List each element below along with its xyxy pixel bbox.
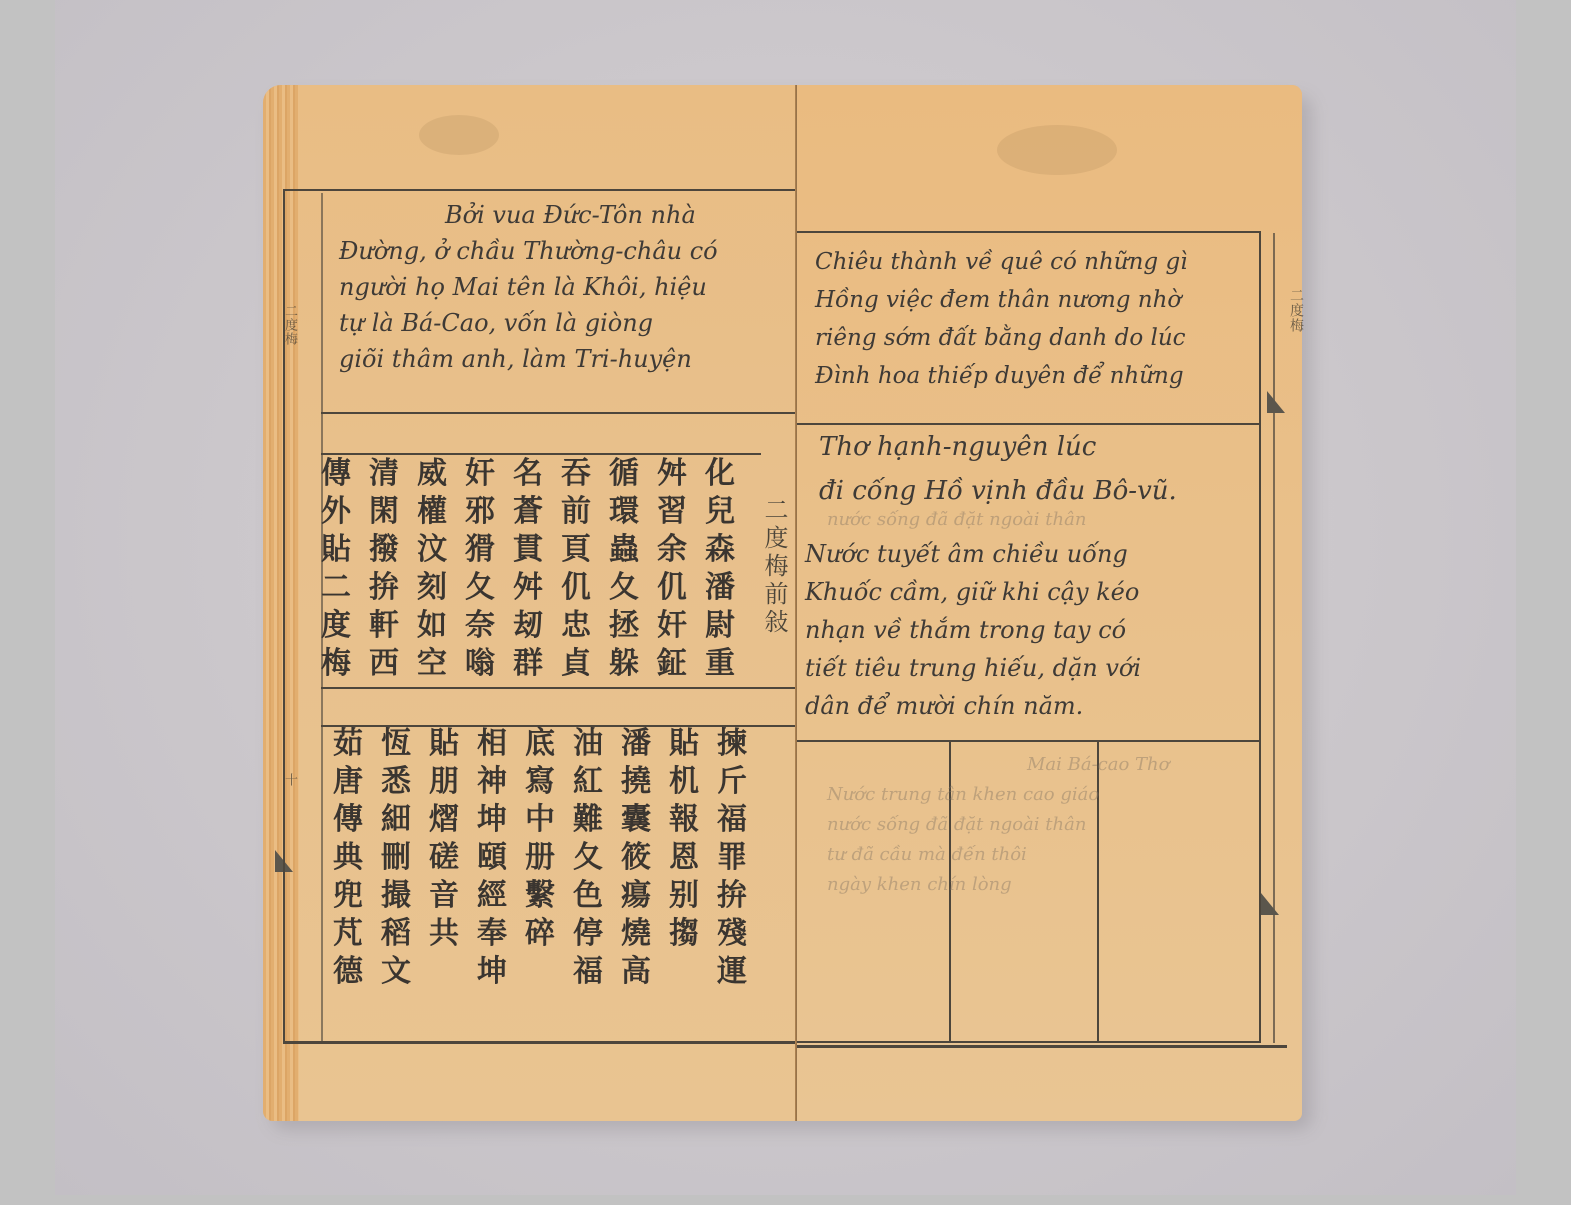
cjk-glyph: 恆 [381, 725, 411, 763]
cjk-glyph: 汶 [417, 531, 447, 569]
hand-line: Hồng việc đem thân nương nhờ [815, 281, 1188, 319]
cjk-glyph: 斤 [717, 763, 747, 801]
cjk-glyph: 神 [477, 763, 507, 801]
cjk-glyph: 貼 [429, 725, 459, 763]
cjk-column: 威權汶刻如空 [408, 455, 456, 683]
cjk-glyph: 囊 [621, 801, 651, 839]
cjk-glyph: 撮 [381, 877, 411, 915]
cjk-column: 循環蟲夂拯躲 [600, 455, 648, 683]
margin-tab-mark [1261, 893, 1279, 915]
cjk-glyph: 殘 [717, 915, 747, 953]
cjk-glyph: 停 [573, 915, 603, 953]
rule [321, 687, 796, 689]
cjk-glyph: 奉 [477, 915, 507, 953]
right-top-handwritten: Chiêu thành về quê có những gì Hồng việc… [815, 243, 1188, 395]
hand-line: Chiêu thành về quê có những gì [815, 243, 1188, 281]
cjk-glyph: 運 [717, 953, 747, 991]
cjk-glyph: 文 [381, 953, 411, 991]
hand-line: Khuốc cầm, giữ khi cậy kéo [805, 573, 1141, 611]
cjk-glyph: 度 [321, 607, 351, 645]
cjk-glyph: 閑 [369, 493, 399, 531]
cjk-glyph: 相 [477, 725, 507, 763]
cjk-column: 茹唐傳典兜芃德 [324, 725, 372, 991]
cjk-glyph: 吞 [561, 455, 591, 493]
cjk-glyph: 細 [381, 801, 411, 839]
cjk-column: 恆悉細刪撮稻文 [372, 725, 420, 991]
cjk-glyph: 音 [429, 877, 459, 915]
cjk-glyph: 兜 [333, 877, 363, 915]
cjk-glyph: 如 [417, 607, 447, 645]
cjk-glyph: 寫 [525, 763, 555, 801]
cjk-glyph: 中 [525, 801, 555, 839]
cjk-glyph: 奈 [465, 607, 495, 645]
cjk-column: 潘撓囊筱瘍燒高 [612, 725, 660, 991]
rule [797, 740, 1261, 742]
cjk-glyph: 重 [705, 645, 735, 683]
cjk-glyph: 拚 [369, 569, 399, 607]
bottom-rule [283, 1041, 796, 1044]
cjk-glyph: 福 [717, 801, 747, 839]
cjk-glyph: 循 [609, 455, 639, 493]
faint-line: ngày khen chín lòng [827, 870, 1170, 900]
cjk-glyph: 茹 [333, 725, 363, 763]
poem-verse: Nước tuyết âm chiều uống Khuốc cầm, giữ … [805, 535, 1141, 725]
hand-line: người họ Mai tên là Khôi, hiệu [339, 269, 718, 305]
margin-tab-mark [1267, 391, 1285, 413]
cjk-glyph: 恩 [669, 839, 699, 877]
cjk-glyph: 夂 [573, 839, 603, 877]
cjk-glyph: 蟲 [609, 531, 639, 569]
cjk-glyph: 化 [705, 455, 735, 493]
cjk-glyph: 傳 [321, 455, 351, 493]
cjk-glyph: 刼 [513, 607, 543, 645]
cjk-glyph: 貫 [513, 531, 543, 569]
cjk-column: 貼朋熠磋音共 [420, 725, 468, 991]
cjk-glyph: 環 [609, 493, 639, 531]
hand-line: Thơ hạnh-nguyên lúc [819, 425, 1177, 469]
cjk-glyph: 尉 [705, 607, 735, 645]
cjk-glyph: 嗡 [465, 645, 495, 683]
cjk-glyph: 碎 [525, 915, 555, 953]
cjk-glyph: 貼 [321, 531, 351, 569]
cjk-column: 清閑撥拚軒西 [360, 455, 408, 683]
cjk-glyph: 刻 [417, 569, 447, 607]
cjk-column: 底寫中册繫碎 [516, 725, 564, 991]
open-manuscript-book: 二度梅 十 Bởi vua Đức-Tôn nhà Đường, ở chầu … [263, 85, 1302, 1121]
hand-line: giõi thâm anh, làm Tri-huyện [339, 341, 718, 377]
hand-line: Nước tuyết âm chiều uống [805, 535, 1141, 573]
cjk-glyph: 舛 [513, 569, 543, 607]
left-page: Bởi vua Đức-Tôn nhà Đường, ở chầu Thường… [299, 85, 796, 1121]
cjk-glyph: 忠 [561, 607, 591, 645]
cjk-glyph: 躲 [609, 645, 639, 683]
cjk-glyph: 奸 [657, 607, 687, 645]
cjk-glyph: 悉 [381, 763, 411, 801]
cjk-glyph: 仉 [657, 569, 687, 607]
hand-line: Đường, ở chầu Thường-châu có [339, 233, 718, 269]
cjk-glyph: 二 [321, 569, 351, 607]
cjk-column: 貼机報恩别搊 [660, 725, 708, 991]
cjk-glyph: 潘 [705, 569, 735, 607]
cjk-glyph: 頁 [561, 531, 591, 569]
cjk-glyph: 西 [369, 645, 399, 683]
faint-line: nước sống đã đặt ngoài thân [827, 810, 1170, 840]
cjk-glyph: 揀 [717, 725, 747, 763]
cjk-glyph: 坤 [477, 953, 507, 991]
cjk-glyph: 典 [333, 839, 363, 877]
cjk-glyph: 拯 [609, 607, 639, 645]
cjk-glyph: 紅 [573, 763, 603, 801]
cjk-glyph: 筱 [621, 839, 651, 877]
cjk-glyph: 熠 [429, 801, 459, 839]
rule [321, 412, 796, 414]
hand-line: Bởi vua Đức-Tôn nhà [339, 197, 718, 233]
cjk-glyph: 報 [669, 801, 699, 839]
poem-heading: Thơ hạnh-nguyên lúc đi cống Hồ vịnh đầu … [819, 425, 1177, 513]
cjk-glyph: 森 [705, 531, 735, 569]
cjk-glyph: 清 [369, 455, 399, 493]
cjk-glyph: 稻 [381, 915, 411, 953]
cjk-glyph: 名 [513, 455, 543, 493]
cjk-column: 吞前頁仉忠貞 [552, 455, 600, 683]
section-title: 二度梅前敍 [757, 497, 792, 707]
cjk-glyph: 群 [513, 645, 543, 683]
cjk-glyph: 前 [561, 493, 591, 531]
cjk-column: 名蒼貫舛刼群 [504, 455, 552, 683]
cjk-column: 油紅難夂色停福 [564, 725, 612, 991]
cjk-glyph: 余 [657, 531, 687, 569]
cjk-glyph: 邪 [465, 493, 495, 531]
cjk-glyph: 共 [429, 915, 459, 953]
cjk-glyph: 坤 [477, 801, 507, 839]
cjk-glyph: 燒 [621, 915, 651, 953]
right-page: 二度梅 Chiêu thành về quê có những gì Hồng … [797, 85, 1302, 1121]
cjk-glyph: 奸 [465, 455, 495, 493]
bottom-rule [797, 1045, 1287, 1048]
cjk-glyph: 朋 [429, 763, 459, 801]
cjk-column: 奸邪猾夂奈嗡 [456, 455, 504, 683]
cjk-glyph: 權 [417, 493, 447, 531]
cjk-glyph: 撥 [369, 531, 399, 569]
hand-line: tiết tiêu trung hiếu, dặn với [805, 649, 1141, 687]
cjk-glyph: 猾 [465, 531, 495, 569]
cjk-glyph: 梅 [321, 645, 351, 683]
left-handwritten-text: Bởi vua Đức-Tôn nhà Đường, ở chầu Thường… [339, 197, 718, 377]
cjk-glyph: 芃 [333, 915, 363, 953]
lower-cjk-grid: 揀斤福罪拚殘運 貼机報恩别搊 潘撓囊筱瘍燒高 油紅難夂色停福 底寫中册繫碎 相神… [324, 725, 756, 991]
hand-line: tự là Bá-Cao, vốn là giòng [339, 305, 718, 341]
cjk-glyph: 刪 [381, 839, 411, 877]
cjk-glyph: 威 [417, 455, 447, 493]
paper-stain [997, 125, 1117, 175]
faint-line: nước sống đã đặt ngoài thân [827, 505, 1086, 535]
faint-line: tư đã cầu mà đến thôi [827, 840, 1170, 870]
cjk-glyph: 拚 [717, 877, 747, 915]
cjk-glyph: 色 [573, 877, 603, 915]
cjk-glyph: 蒼 [513, 493, 543, 531]
cjk-glyph: 机 [669, 763, 699, 801]
cjk-glyph: 兒 [705, 493, 735, 531]
faint-line: Nước trung tân khen cao giáo [827, 780, 1170, 810]
faint-line: Mai Bá-cao Thơ [827, 750, 1170, 780]
cjk-glyph: 傳 [333, 801, 363, 839]
cjk-glyph: 舛 [657, 455, 687, 493]
cjk-glyph: 册 [525, 839, 555, 877]
cjk-glyph: 空 [417, 645, 447, 683]
cjk-glyph: 磋 [429, 839, 459, 877]
cjk-glyph: 繫 [525, 877, 555, 915]
cjk-glyph: 潘 [621, 725, 651, 763]
cjk-column: 舛習余仉奸鉦 [648, 455, 696, 683]
hand-line: Đình hoa thiếp duyên để những [815, 357, 1188, 395]
hand-line: riêng sớm đất bằng danh do lúc [815, 319, 1188, 357]
cjk-glyph: 貼 [669, 725, 699, 763]
cjk-glyph: 唐 [333, 763, 363, 801]
cjk-glyph: 高 [621, 953, 651, 991]
right-margin-label: 二度梅 [1273, 235, 1303, 385]
cjk-column: 揀斤福罪拚殘運 [708, 725, 756, 991]
cjk-glyph: 撓 [621, 763, 651, 801]
cjk-column: 化兒森潘尉重 [696, 455, 744, 683]
cjk-glyph: 夂 [609, 569, 639, 607]
cjk-glyph: 經 [477, 877, 507, 915]
paper-stain [419, 115, 499, 155]
cjk-column: 傳外貼二度梅 [312, 455, 360, 683]
cjk-glyph: 仉 [561, 569, 591, 607]
cjk-glyph: 福 [573, 953, 603, 991]
cjk-glyph: 軒 [369, 607, 399, 645]
cjk-glyph: 鉦 [657, 645, 687, 683]
cjk-glyph: 習 [657, 493, 687, 531]
cjk-glyph: 罪 [717, 839, 747, 877]
bleed-through-text: nước sống đã đặt ngoài thân [827, 505, 1086, 535]
cjk-glyph: 外 [321, 493, 351, 531]
cjk-glyph: 難 [573, 801, 603, 839]
bleed-through-text: Mai Bá-cao Thơ Nước trung tân khen cao g… [827, 750, 1170, 900]
hand-line: dân để mười chín năm. [805, 687, 1141, 725]
cjk-glyph: 油 [573, 725, 603, 763]
cjk-glyph: 搊 [669, 915, 699, 953]
cjk-glyph: 貞 [561, 645, 591, 683]
cjk-glyph: 德 [333, 953, 363, 991]
upper-cjk-grid: 化兒森潘尉重 舛習余仉奸鉦 循環蟲夂拯躲 吞前頁仉忠貞 名蒼貫舛刼群 奸邪猾夂奈… [312, 455, 744, 683]
cjk-glyph: 夂 [465, 569, 495, 607]
cjk-column: 相神坤頤經奉坤 [468, 725, 516, 991]
cjk-glyph: 瘍 [621, 877, 651, 915]
cjk-glyph: 頤 [477, 839, 507, 877]
cjk-glyph: 别 [669, 877, 699, 915]
hand-line: nhạn về thắm trong tay có [805, 611, 1141, 649]
cjk-glyph: 底 [525, 725, 555, 763]
